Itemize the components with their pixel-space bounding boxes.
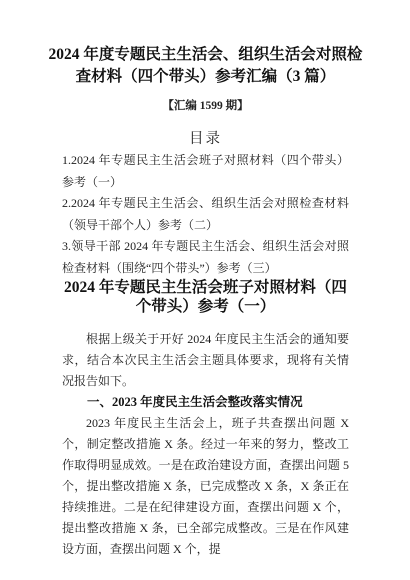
issue-label: 【汇编 1599 期】 [62, 97, 349, 113]
toc-item: 2.2024 年专题民主生活会、组织生活会对照检查材料（领导干部个人）参考（二） [62, 193, 349, 236]
body-paragraph: 2023 年度民主生活会上，班子共查摆出问题 X 个，制定整改措施 X 条。经过… [62, 413, 349, 560]
toc-item: 3.领导干部 2024 年专题民主生活会、组织生活会对照检查材料（围绕“四个带头… [62, 236, 349, 279]
intro-paragraph: 根据上级关于开好 2024 年度民主生活会的通知要求，结合本次民主生活会主题具体… [62, 329, 349, 392]
toc-heading: 目录 [62, 127, 349, 148]
document-title: 2024 年度专题民主生活会、组织生活会对照检查材料（四个带头）参考汇编（3 篇… [48, 44, 363, 88]
toc-item: 1.2024 年专题民主生活会班子对照材料（四个带头）参考（一） [62, 150, 349, 193]
subsection-heading: 一、2023 年度民主生活会整改落实情况 [62, 392, 349, 413]
document-page: 2024 年度专题民主生活会、组织生活会对照检查材料（四个带头）参考汇编（3 篇… [0, 0, 410, 580]
section-heading: 2024 年专题民主生活会班子对照材料（四个带头）参考（一） [62, 279, 349, 316]
table-of-contents: 1.2024 年专题民主生活会班子对照材料（四个带头）参考（一） 2.2024 … [62, 150, 349, 279]
